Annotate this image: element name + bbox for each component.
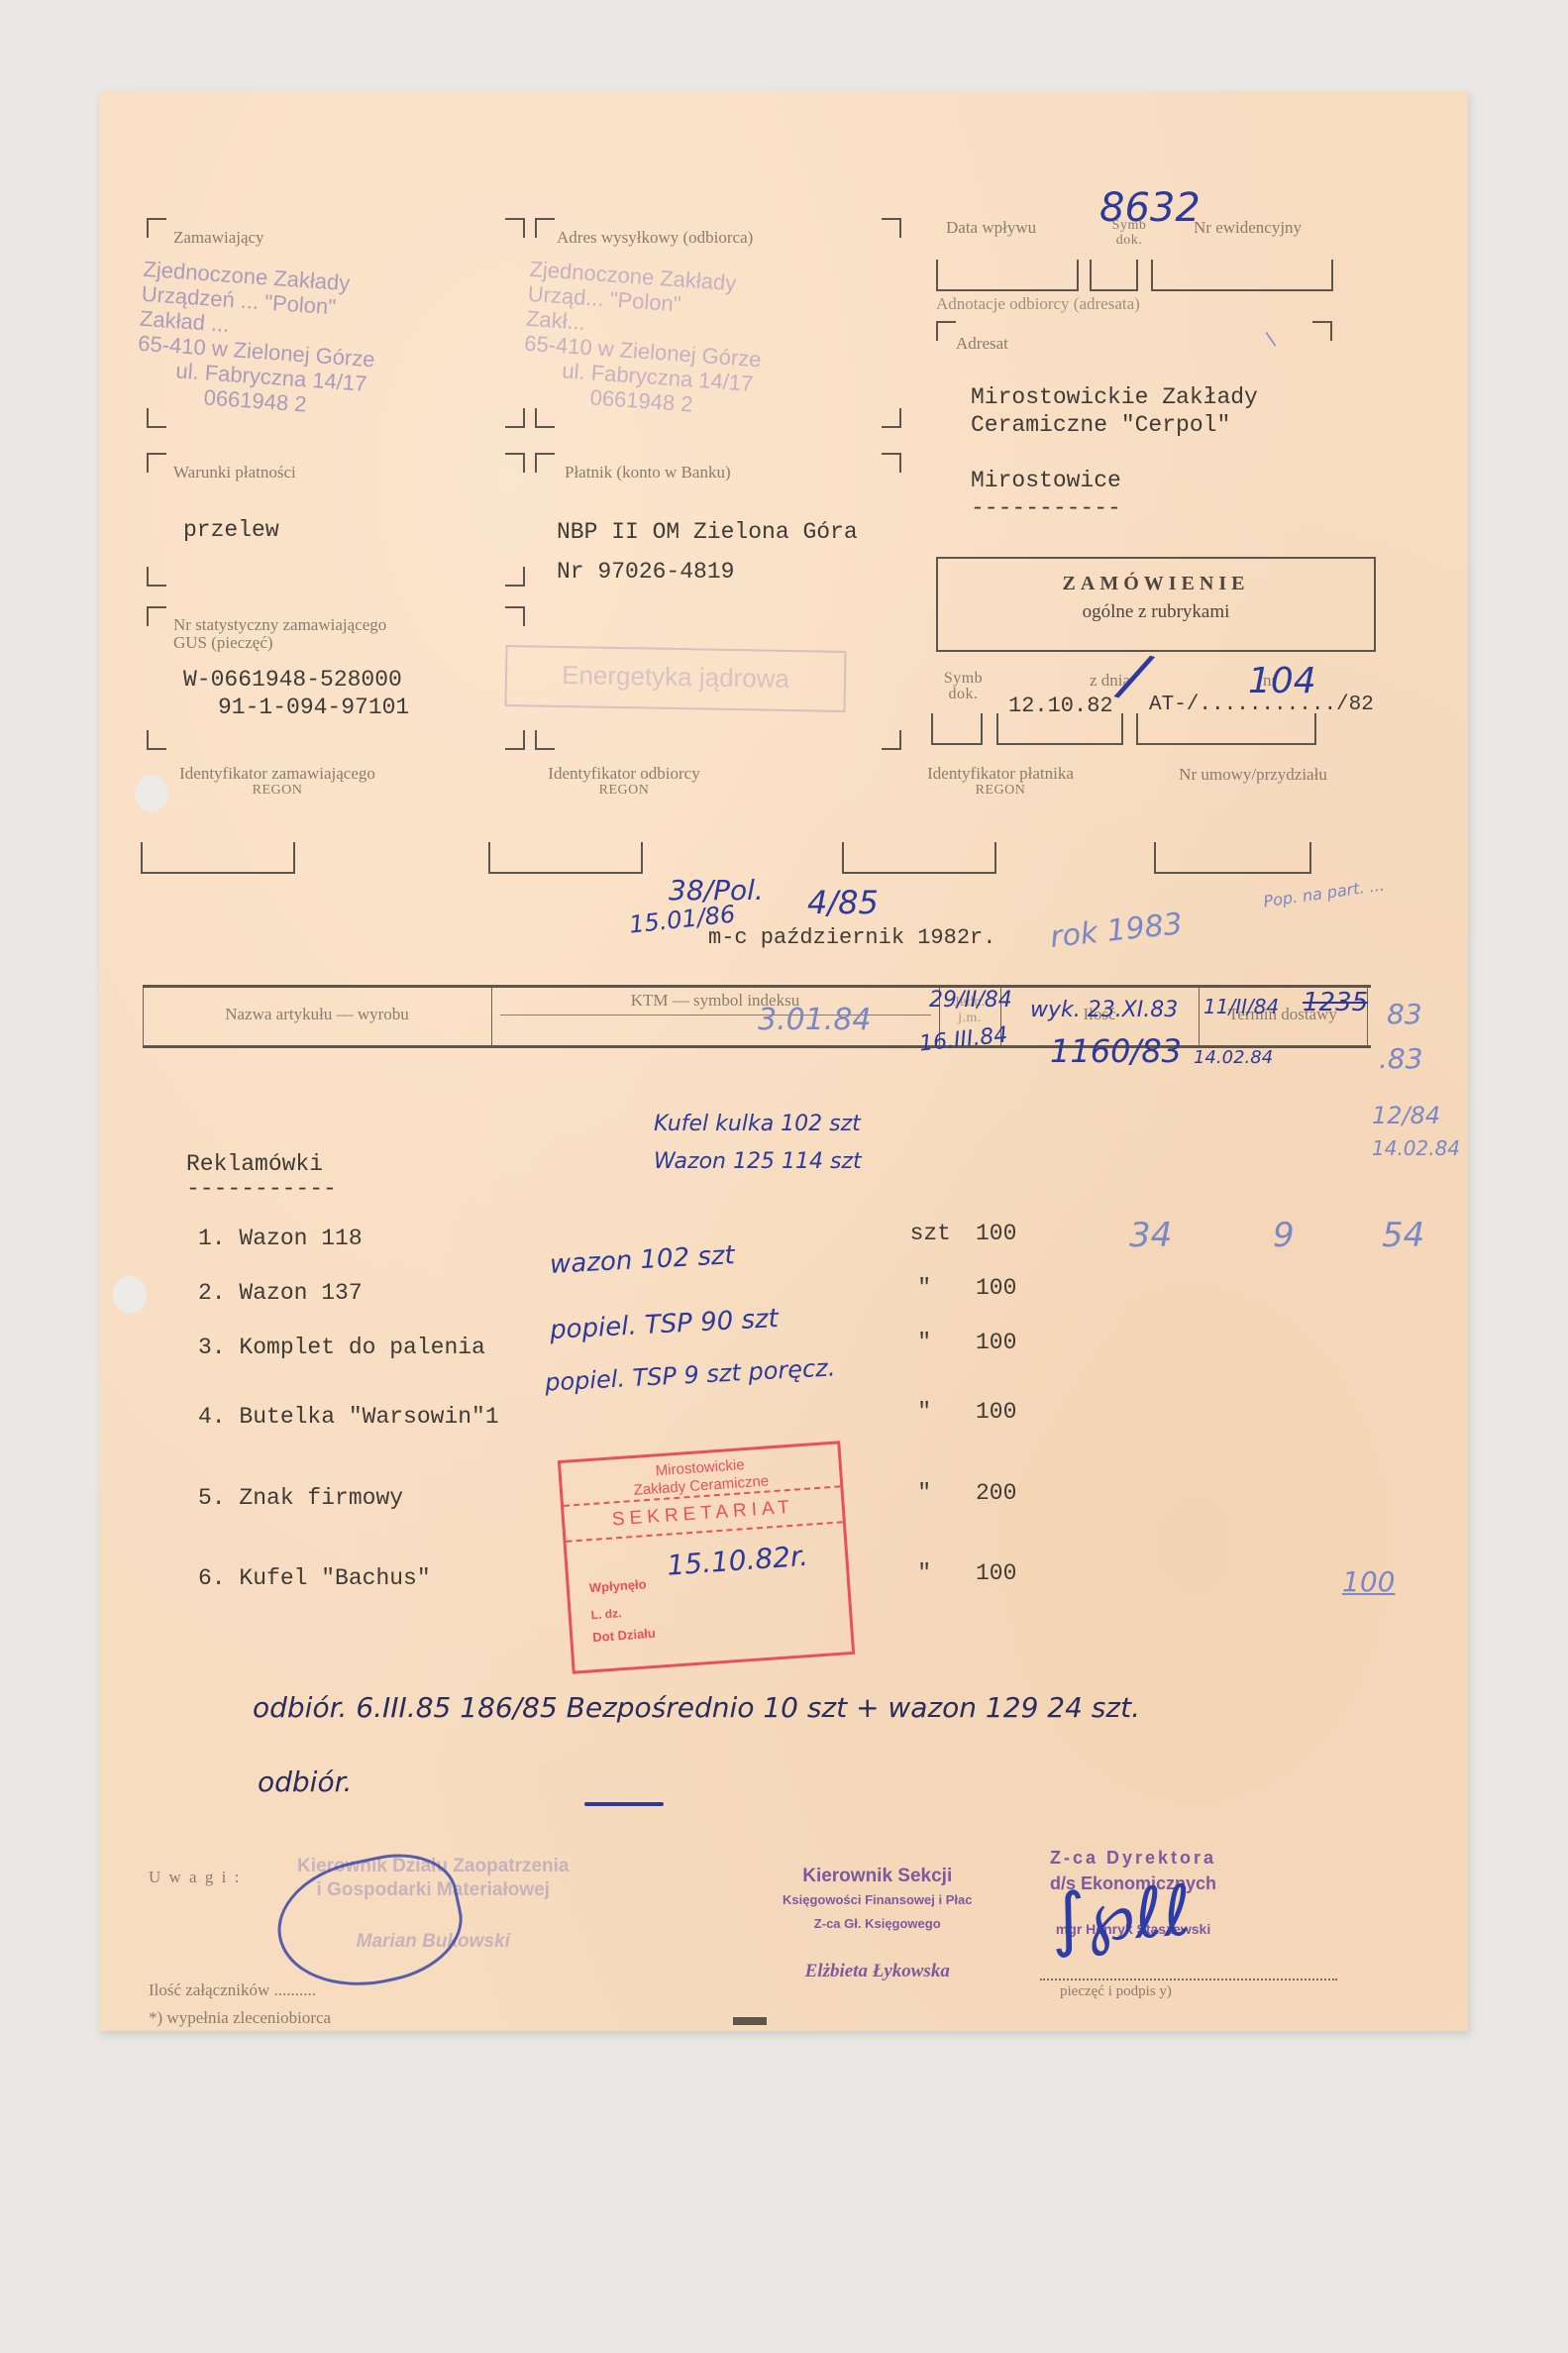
form-corner: [505, 453, 525, 473]
period: m-c październik 1982r.: [708, 925, 995, 950]
handwritten-delivery-note-2: 14.02.84: [1194, 1047, 1273, 1068]
form-corner: [882, 408, 901, 428]
addressee-label: Adresat: [956, 334, 1008, 354]
item-unit: szt: [891, 1221, 951, 1246]
handwritten-row1-value-a: 34: [1129, 1216, 1172, 1255]
recipient-notes-label: Adnotacje odbiorcy (adresata): [936, 294, 1140, 314]
contract-number-field: [1154, 842, 1311, 874]
form-corner: [535, 408, 555, 428]
document-page: 8632 Zamawiający Zjednoczone Zakłady Urz…: [99, 91, 1468, 2031]
number-field: [1136, 713, 1316, 745]
form-corner: [147, 730, 166, 750]
signature-staszewski: ∫℘ℓℓ: [1047, 1870, 1194, 1961]
stamp-line: Z-ca Dyrektora: [1050, 1845, 1216, 1871]
secretariat-stamp: Mirostowickie Zakłady Ceramiczne SEKRETA…: [558, 1441, 855, 1673]
number-suffix: /82: [1336, 694, 1374, 716]
doc-symbol-label: Symb dok.: [1099, 218, 1159, 248]
handwritten-qty-note-2: 1160/83: [1050, 1032, 1182, 1070]
item-row: 6. Kufel "Bachus": [198, 1565, 431, 1591]
regon-recipient-field: [488, 842, 643, 874]
identifier-label: Identyfikator zamawiającego: [129, 765, 426, 782]
stamp-line: Z-ca Gł. Księgowego: [783, 1912, 972, 1936]
receipt-date-field: [936, 260, 1079, 291]
form-corner: [505, 606, 525, 626]
item-unit: ": [891, 1330, 931, 1355]
ordering-party-label: Zamawiający: [173, 228, 264, 248]
regon-orderer-field: [141, 842, 295, 874]
identifier-label: Identyfikator odbiorcy: [475, 765, 773, 782]
handwritten-unit-note-1: 29/II/84: [929, 988, 1012, 1013]
handwritten-wazon-note: Wazon 125 114 szt: [654, 1149, 862, 1174]
stamp-line: Księgowości Finansowej i Płac: [783, 1888, 972, 1912]
item-name: Kufel "Bachus": [239, 1565, 430, 1591]
table-top-rule: [143, 985, 1371, 988]
item-quantity: 100: [976, 1560, 1016, 1586]
handwritten-1284: 12/84: [1372, 1102, 1440, 1129]
item-quantity: 200: [976, 1480, 1016, 1506]
header-ktm: KTM — symbol indeksu: [491, 991, 939, 1011]
section-title: Reklamówki: [186, 1151, 323, 1177]
form-corner: [505, 408, 525, 428]
form-corner: [882, 453, 901, 473]
handwritten-year: rok 1983: [1049, 907, 1185, 955]
item-quantity: 100: [976, 1399, 1016, 1425]
handwritten-pickup-note-2: odbiór.: [258, 1765, 352, 1798]
form-corner: [505, 218, 525, 238]
item-number: 3.: [198, 1335, 226, 1360]
form-corner: [535, 730, 555, 750]
record-number-label: Nr ewidencyjny: [1194, 218, 1302, 238]
item-quantity: 100: [976, 1275, 1016, 1301]
addressee-line: -----------: [971, 494, 1258, 522]
item-unit: ": [891, 1399, 931, 1425]
identifier-recipient: Identyfikator odbiorcy REGON: [475, 765, 773, 799]
handwritten-pickup-note: odbiór. 6.III.85 186/85 Bezpośrednio 10 …: [253, 1691, 1140, 1724]
item-row: 3. Komplet do palenia: [198, 1335, 485, 1360]
handwritten-unit-note-2: 16.III.84: [918, 1022, 1009, 1056]
identifier-payer: Identyfikator płatnika REGON: [872, 765, 1129, 799]
handwritten-row6-value: 100: [1342, 1565, 1395, 1598]
item-row: 1. Wazon 118: [198, 1226, 363, 1251]
symbol-field: [931, 713, 983, 745]
record-number-field: [1151, 260, 1333, 291]
handwritten-kufel-note: Kufel kulka 102 szt: [654, 1112, 861, 1136]
identifier-sub: REGON: [872, 782, 1129, 799]
number-prefix: AT-/: [1149, 694, 1199, 716]
signature-line: [1040, 1979, 1337, 1980]
item-name: Wazon 118: [239, 1226, 362, 1251]
pen-stroke: [584, 1802, 664, 1806]
handwritten-corner-note: Pop. na part. ...: [1262, 876, 1385, 911]
item-number: 4.: [198, 1404, 226, 1430]
handwritten-popiel-9: popiel. TSP 9 szt poręcz.: [544, 1353, 836, 1396]
identifier-label: Identyfikator płatnika: [872, 765, 1129, 782]
item-name: Butelka "Warsowin"1: [239, 1404, 498, 1430]
handwritten-140284: 14.02.84: [1372, 1136, 1460, 1160]
stamp-accounting: Kierownik Sekcji Księgowości Finansowej …: [783, 1865, 972, 1983]
form-corner: [535, 218, 555, 238]
form-corner: [505, 730, 525, 750]
stamp-received-value: 15.10.82r.: [666, 1540, 808, 1582]
symbol-label: Symb dok.: [936, 671, 991, 702]
header-article-name: Nazwa artykułu — wyrobu: [143, 1005, 491, 1024]
form-corner: [1312, 321, 1332, 341]
form-corner: [147, 567, 166, 587]
handwritten-row1-value-b: 9: [1273, 1216, 1295, 1255]
item-number: 1.: [198, 1226, 226, 1251]
stamp-name: Elżbieta Łykowska: [783, 1960, 972, 1983]
table-bottom-rule: [143, 1045, 1371, 1048]
item-unit: ": [891, 1480, 931, 1506]
handwritten-83b: .83: [1379, 1042, 1423, 1075]
stamp-fields: Wpłynęło 15.10.82r. L. dz. Dot Działu: [567, 1523, 851, 1651]
label-line: Nr statystyczny zamawiającego: [173, 616, 386, 634]
payment-terms-value: przelew: [183, 517, 279, 543]
faint-stamp-box: Energetyka jądrowa: [504, 645, 846, 712]
stat-number-line: W-0661948-528000: [183, 666, 409, 694]
identifier-label: Nr umowy/przydziału: [1139, 765, 1367, 785]
payer-line: Nr 97026-4819: [557, 552, 858, 591]
item-name: Komplet do palenia: [239, 1335, 484, 1360]
form-corner: [147, 218, 166, 238]
form-title: ZAMÓWIENIE: [938, 573, 1374, 595]
payment-terms-label: Warunki płatności: [173, 463, 296, 482]
handwritten-row1-value-c: 54: [1382, 1216, 1424, 1255]
handwritten-qty-note-1: wyk. 23.XI.83: [1030, 998, 1178, 1022]
handwritten-wazon-102: wazon 102 szt: [549, 1240, 735, 1280]
item-row: 2. Wazon 137: [198, 1280, 363, 1306]
stamp-received-label: Wpłynęło: [588, 1576, 647, 1595]
stat-number-line: 91-1-094-97101: [183, 694, 409, 721]
stat-number-values: W-0661948-528000 91-1-094-97101: [183, 666, 409, 721]
handwritten-83a: 83: [1387, 998, 1422, 1030]
handwritten-order-number: 104: [1248, 661, 1316, 701]
form-corner: [882, 218, 901, 238]
item-quantity: 100: [976, 1221, 1016, 1246]
pen-stroke: /: [1260, 332, 1281, 347]
item-name: Wazon 137: [239, 1280, 362, 1306]
item-number: 6.: [198, 1565, 226, 1591]
payer-line: NBP II OM Zielona Góra: [557, 512, 858, 552]
form-corner: [505, 567, 525, 587]
doc-symbol-field: [1090, 260, 1138, 291]
ordering-party-stamp: Zjednoczone Zakłady Urządzeń ... "Polon"…: [134, 257, 381, 421]
form-corner: [882, 730, 901, 750]
handwritten-struck-number: 1235: [1303, 988, 1368, 1017]
addressee-line: Mirostowickie Zakłady: [971, 383, 1258, 411]
form-corner: [936, 321, 956, 341]
payer-value: NBP II OM Zielona Góra Nr 97026-4819: [557, 512, 858, 591]
label-line: GUS (pieczęć): [173, 634, 386, 652]
identifier-contract: Nr umowy/przydziału: [1139, 765, 1367, 785]
item-number: 5.: [198, 1485, 226, 1511]
item-row: 5. Znak firmowy: [198, 1485, 403, 1511]
handwritten-ref-485: 4/85: [807, 884, 879, 921]
form-title-box: ZAMÓWIENIE ogólne z rubrykami: [936, 557, 1376, 652]
item-quantity: 100: [976, 1330, 1016, 1355]
form-corner: [147, 408, 166, 428]
identifier-orderer: Identyfikator zamawiającego REGON: [129, 765, 426, 799]
print-mark: [733, 2017, 767, 2025]
form-corner: [147, 606, 166, 626]
seal-label: pieczęć i podpis y): [1060, 1983, 1172, 2000]
punch-hole: [113, 1276, 147, 1314]
form-corner: [535, 453, 555, 473]
addressee-line: Ceramiczne "Cerpol": [971, 411, 1258, 439]
stamp-line: Kierownik Sekcji: [783, 1865, 972, 1888]
item-number: 2.: [198, 1280, 226, 1306]
stat-number-label: Nr statystyczny zamawiającego GUS (piecz…: [173, 616, 386, 652]
remarks-label: U w a g i :: [149, 1868, 241, 1887]
section-underline: -----------: [186, 1176, 337, 1202]
item-row: 4. Butelka "Warsowin"1: [198, 1404, 499, 1430]
form-corner: [147, 453, 166, 473]
form-subtitle: ogólne z rubrykami: [938, 601, 1374, 623]
receipt-date-label: Data wpływu: [946, 218, 1036, 238]
addressee-line: Mirostowice: [971, 467, 1258, 494]
payer-label: Płatnik (konto w Banku): [565, 463, 731, 482]
item-unit: ": [891, 1560, 931, 1586]
shipping-address-label: Adres wysyłkowy (odbiorca): [557, 228, 753, 248]
handwritten-ktm-note: 3.01.84: [758, 1003, 872, 1037]
attachments-label: Ilość załączników ..........: [149, 1980, 316, 2000]
item-unit: ": [891, 1275, 931, 1301]
identifier-sub: REGON: [475, 782, 773, 799]
stamp-lcz-label: L. dz.: [590, 1606, 622, 1622]
regon-payer-field: [842, 842, 996, 874]
identifier-sub: REGON: [129, 782, 426, 799]
filled-by-note: *) wypełnia zleceniobiorca: [149, 2008, 331, 2028]
item-name: Znak firmowy: [239, 1485, 403, 1511]
date-value: 12.10.82: [1008, 694, 1113, 718]
handwritten-popiel-90: popiel. TSP 90 szt: [549, 1304, 779, 1345]
handwritten-delivery-note-1: 11/II/84: [1203, 995, 1279, 1018]
faint-stamp-text: Energetyka jądrowa: [507, 659, 844, 695]
addressee-value: Mirostowickie Zakłady Ceramiczne "Cerpol…: [971, 383, 1258, 522]
stamp-dept-label: Dot Działu: [592, 1626, 656, 1645]
shipping-address-stamp: Zjednoczone Zakłady Urząd... "Polon" Zak…: [520, 257, 768, 421]
